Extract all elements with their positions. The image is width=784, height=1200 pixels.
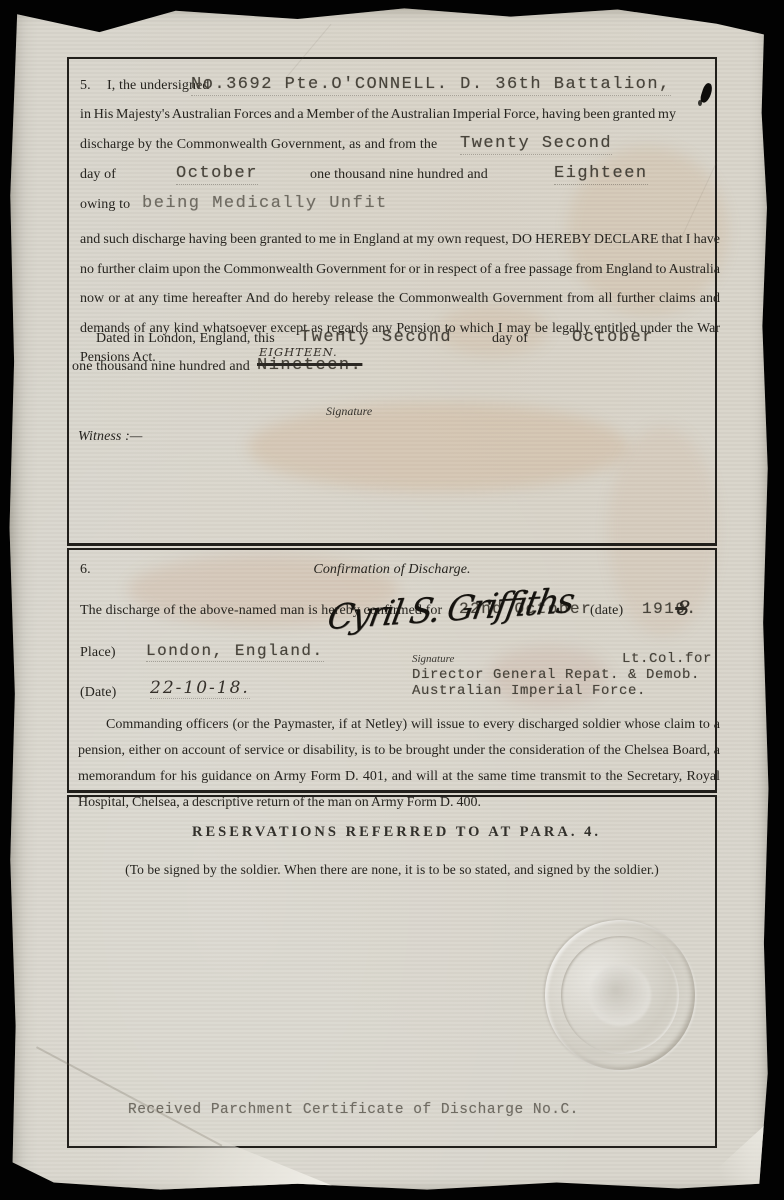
- document-page: 5. I, the undersigned No.3692 Pte.O'CONN…: [8, 6, 770, 1192]
- unit-line-2: Australian Imperial Force.: [412, 683, 646, 699]
- section-6-number: 6.: [80, 562, 91, 578]
- confirmation-year-field: 19198.: [642, 600, 698, 618]
- year-printed-label: one thousand nine hundred and: [310, 167, 488, 183]
- discharge-year-field: Eighteen: [554, 164, 648, 185]
- unit-line-1: Director General Repat. & Demob.: [412, 667, 700, 683]
- soldier-name-field: No.3692 Pte.O'CONNELL. D. 36th Battalion…: [191, 75, 671, 96]
- witness-label: Witness :—: [78, 429, 142, 445]
- struck-year-field: Nineteen.: [257, 356, 362, 375]
- dated-day-of-label: day of: [492, 331, 528, 347]
- confirmation-heading: Confirmation of Discharge.: [192, 562, 592, 578]
- discharge-day-field: Twenty Second: [460, 134, 612, 155]
- owing-to-label: owing to: [80, 197, 130, 213]
- reservations-instruction: (To be signed by the soldier. When there…: [117, 862, 667, 878]
- rank-line: Lt.Col.for: [622, 651, 712, 667]
- signature-label: Signature: [326, 404, 372, 419]
- declaration-paragraph: and such discharge having been granted t…: [80, 225, 720, 373]
- place-label: Place): [80, 645, 116, 661]
- discharge-month-field: October: [176, 164, 258, 185]
- scan-background: 5. I, the undersigned No.3692 Pte.O'CONN…: [0, 0, 784, 1200]
- section-5-number: 5.: [80, 78, 91, 94]
- form-line-2: in His Majesty's Australian Forces and a…: [80, 107, 676, 123]
- signature-label-small: Signature: [412, 653, 454, 665]
- dated-year-printed-label: one thousand nine hundred and: [72, 359, 250, 375]
- date-field-label: (Date): [80, 685, 116, 701]
- discharge-reason-field: being Medically Unfit: [142, 194, 388, 213]
- date-label: (date): [590, 603, 623, 619]
- dated-in-label: Dated in London, England, this: [96, 331, 275, 347]
- form-line-3: discharge by the Commonwealth Government…: [80, 137, 437, 153]
- day-of-label: day of: [80, 167, 116, 183]
- date-handwritten-field: 22-10-18.: [150, 678, 250, 699]
- year-typed-prefix: 191: [642, 600, 675, 618]
- ink-blot: [698, 100, 702, 106]
- received-certificate-line: Received Parchment Certificate of Discha…: [128, 1102, 579, 1118]
- place-field: London, England.: [146, 642, 324, 662]
- reservations-heading: RESERVATIONS REFERRED TO AT PARA. 4.: [192, 824, 592, 841]
- dated-month-field: October: [572, 328, 654, 347]
